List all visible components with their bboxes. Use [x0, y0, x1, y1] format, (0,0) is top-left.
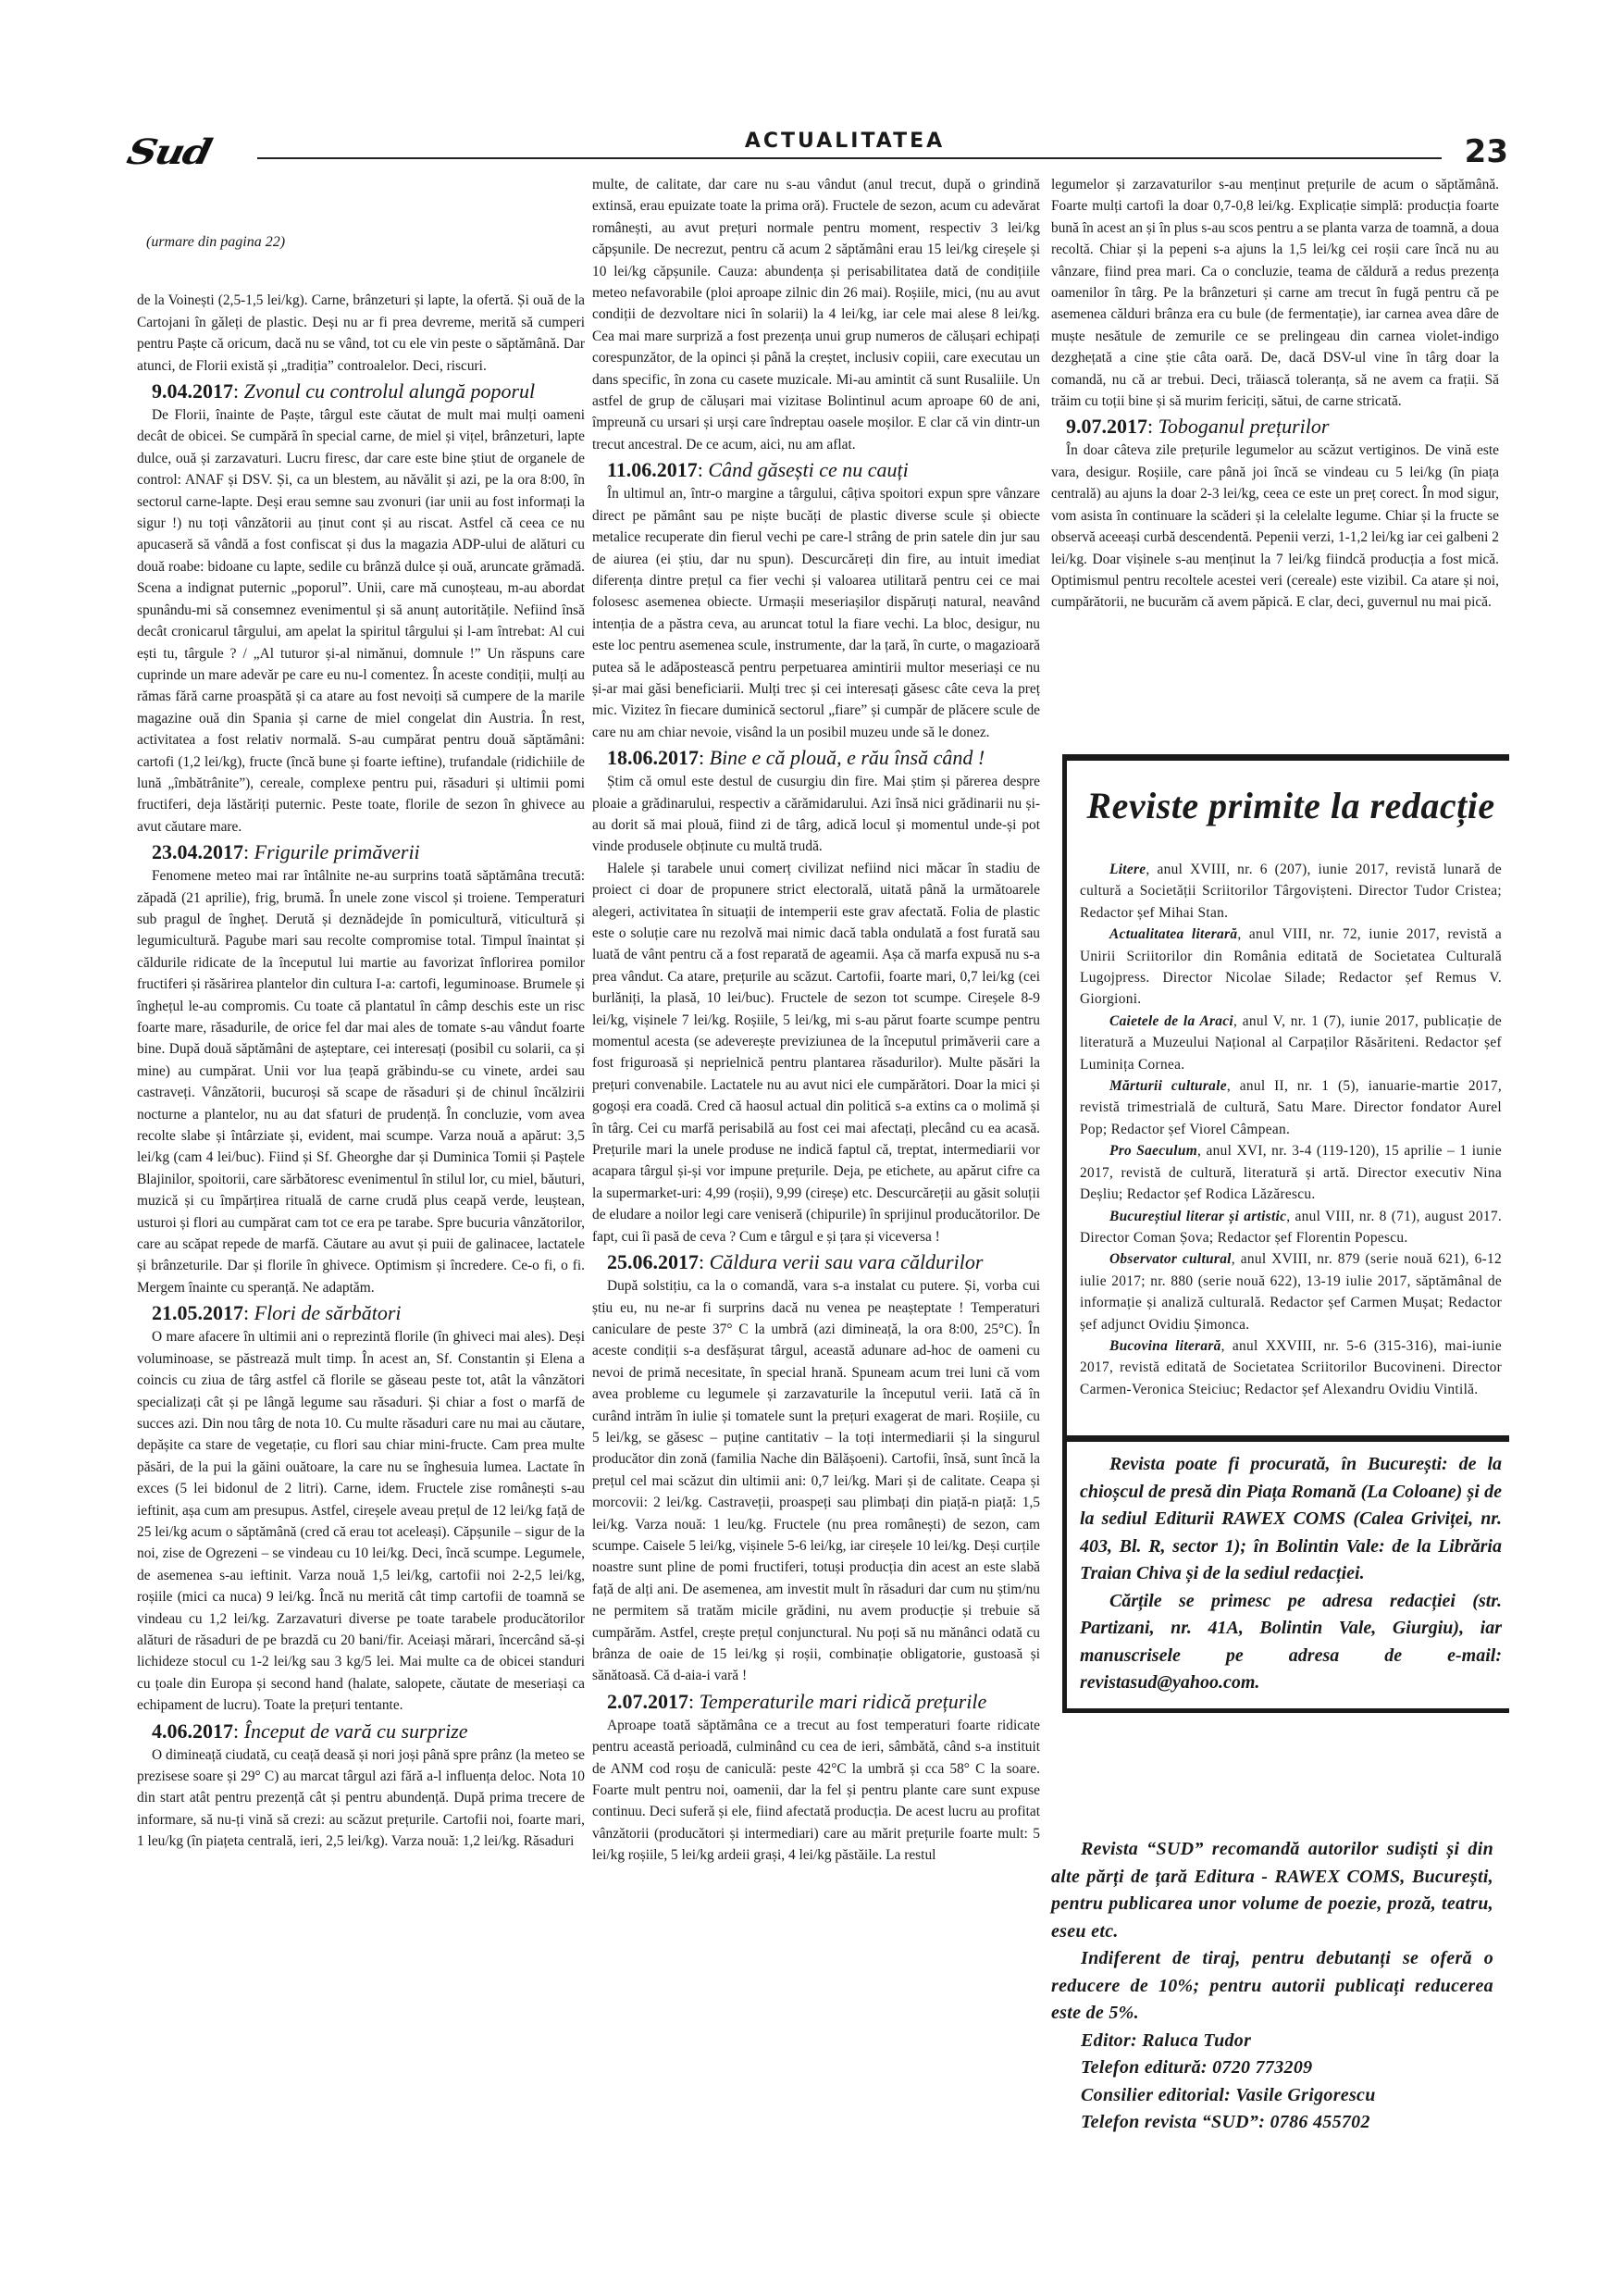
entry-text: Halele și tarabele unui comerț civilizat…	[592, 858, 1040, 1247]
revista-name: Bucovina literară	[1109, 1338, 1221, 1354]
entry-date: 9.07.2017	[1066, 415, 1147, 438]
revista-name: Litere	[1109, 862, 1146, 877]
entry-heading: 23.04.2017: Frigurile primăverii	[137, 839, 585, 865]
entry-text: O mare afacere în ultimii ani o reprezin…	[137, 1326, 585, 1716]
article-intro: de la Voinești (2,5-1,5 lei/kg). Carne, …	[137, 290, 585, 377]
revista-item: Bucovina literară, anul XXVIII, nr. 5-6 …	[1080, 1335, 1502, 1400]
revista-name: Bucureștiul literar și artistic	[1109, 1209, 1286, 1224]
entry-date: 23.04.2017	[152, 840, 243, 863]
entry-heading: 4.06.2017: Început de vară cu surprize	[137, 1719, 585, 1744]
page-header: Sud ACTUALITATEA 23	[128, 130, 1508, 176]
entry-text: În doar câteva zile prețurile legumelor …	[1051, 440, 1499, 613]
entry-title: Temperaturile mari ridică prețurile	[700, 1690, 987, 1713]
revista-item: Pro Saeculum, anul XVI, nr. 3-4 (119-120…	[1080, 1140, 1502, 1205]
reviste-title: Reviste primite la redacție	[1080, 783, 1502, 829]
column-1: (urmare din pagina 22) de la Voinești (2…	[137, 231, 585, 1853]
page-number: 23	[1465, 133, 1508, 170]
revista-name: Mărturii culturale	[1109, 1078, 1227, 1094]
submission-text: Cărțile se primesc pe adresa redacției (…	[1080, 1588, 1502, 1697]
header-rule	[257, 157, 1442, 159]
discount-text: Indiferent de tiraj, pentru debutanți se…	[1051, 1945, 1493, 2028]
column-continuation: legumelor și zarzavaturilor s-au menținu…	[1051, 174, 1499, 412]
revista-item: Bucureștiul literar și artistic, anul VI…	[1080, 1206, 1502, 1249]
entry-title: Toboganul prețurilor	[1158, 415, 1330, 438]
sud-logo: Sud	[123, 133, 214, 173]
column-2: multe, de calitate, dar care nu s-au vân…	[592, 174, 1040, 1867]
entry-title: Când găsești ce nu cauți	[708, 458, 908, 481]
revista-name: Caietele de la Araci	[1109, 1013, 1233, 1029]
procurement-text: Revista poate fi procurată, în București…	[1080, 1451, 1502, 1588]
entry-heading: 21.05.2017: Flori de sărbători	[137, 1300, 585, 1326]
entry-text: O dimineață ciudată, cu ceață deasă și n…	[137, 1744, 585, 1853]
entry-heading: 18.06.2017: Bine e că plouă, e rău însă …	[592, 745, 1040, 771]
entry-title: Flori de sărbători	[254, 1301, 402, 1324]
section-title: ACTUALITATEA	[646, 130, 1044, 154]
entry-date: 11.06.2017	[607, 458, 698, 481]
magazine-phone: Telefon revista “SUD”: 0786 455702	[1051, 2109, 1493, 2137]
entry-heading: 9.07.2017: Toboganul prețurilor	[1051, 414, 1499, 440]
revista-name: Observator cultural	[1109, 1251, 1232, 1267]
revista-name: Actualitatea literară	[1109, 926, 1237, 942]
revista-item: Mărturii culturale, anul II, nr. 1 (5), …	[1080, 1075, 1502, 1140]
reviste-section: Reviste primite la redacție Litere, anul…	[1067, 783, 1509, 1435]
entry-title: Bine e că plouă, e rău însă când !	[710, 746, 985, 769]
entry-text: În ultimul an, într-o margine a târgului…	[592, 483, 1040, 743]
entry-heading: 25.06.2017: Căldura verii sau vara căldu…	[592, 1249, 1040, 1275]
box-divider-rule	[1062, 1435, 1509, 1442]
entry-title: Început de vară cu surprize	[244, 1719, 468, 1743]
entry-date: 18.06.2017	[607, 746, 699, 769]
column-continuation: multe, de calitate, dar care nu s-au vân…	[592, 174, 1040, 455]
entry-heading: 2.07.2017: Temperaturile mari ridică pre…	[592, 1689, 1040, 1715]
revista-name: Pro Saeculum	[1109, 1143, 1197, 1159]
continued-from-note: (urmare din pagina 22)	[146, 231, 585, 253]
entry-date: 9.04.2017	[152, 379, 233, 403]
publisher-recommendation: Revista “SUD” recomandă autorilor sudișt…	[1051, 1836, 1493, 2137]
entry-title: Zvonul cu controlul alungă poporul	[244, 379, 536, 403]
entry-title: Frigurile primăverii	[254, 840, 420, 863]
box-divider-rule	[1062, 1708, 1509, 1713]
recommendation-text: Revista “SUD” recomandă autorilor sudișt…	[1051, 1836, 1493, 1945]
revista-item: Caietele de la Araci, anul V, nr. 1 (7),…	[1080, 1011, 1502, 1075]
editor-contact: Editor: Raluca Tudor	[1051, 2028, 1493, 2055]
entry-text: Fenomene meteo mai rar întâlnite ne-au s…	[137, 865, 585, 1298]
box-top-rule	[1062, 754, 1509, 761]
column-3: legumelor și zarzavaturilor s-au menținu…	[1051, 174, 1499, 614]
editorial-advisor: Consilier editorial: Vasile Grigorescu	[1051, 2082, 1493, 2110]
entry-date: 4.06.2017	[152, 1719, 233, 1743]
entry-heading: 9.04.2017: Zvonul cu controlul alungă po…	[137, 379, 585, 404]
revista-item: Litere, anul XVIII, nr. 6 (207), iunie 2…	[1080, 859, 1502, 924]
revista-item: Observator cultural, anul XVIII, nr. 879…	[1080, 1248, 1502, 1335]
entry-text: După solstițiu, ca la o comandă, vara s-…	[592, 1275, 1040, 1687]
revista-item: Actualitatea literară, anul VIII, nr. 72…	[1080, 924, 1502, 1011]
entry-title: Căldura verii sau vara căldurilor	[710, 1250, 984, 1273]
entry-date: 21.05.2017	[152, 1301, 243, 1324]
reviste-list: Litere, anul XVIII, nr. 6 (207), iunie 2…	[1080, 859, 1502, 1400]
procurement-info: Revista poate fi procurată, în București…	[1067, 1451, 1509, 1697]
entry-heading: 11.06.2017: Când găsești ce nu cauți	[592, 457, 1040, 483]
entry-date: 25.06.2017	[607, 1250, 699, 1273]
publisher-phone: Telefon editură: 0720 773209	[1051, 2054, 1493, 2082]
info-box: Reviste primite la redacție Litere, anul…	[1062, 754, 1509, 1713]
entry-text: Știm că omul este destul de cusurgiu din…	[592, 771, 1040, 858]
entry-date: 2.07.2017	[607, 1690, 688, 1713]
entry-text: Aproape toată săptămâna ce a trecut au f…	[592, 1715, 1040, 1867]
entry-text: De Florii, înainte de Paște, târgul este…	[137, 404, 585, 838]
